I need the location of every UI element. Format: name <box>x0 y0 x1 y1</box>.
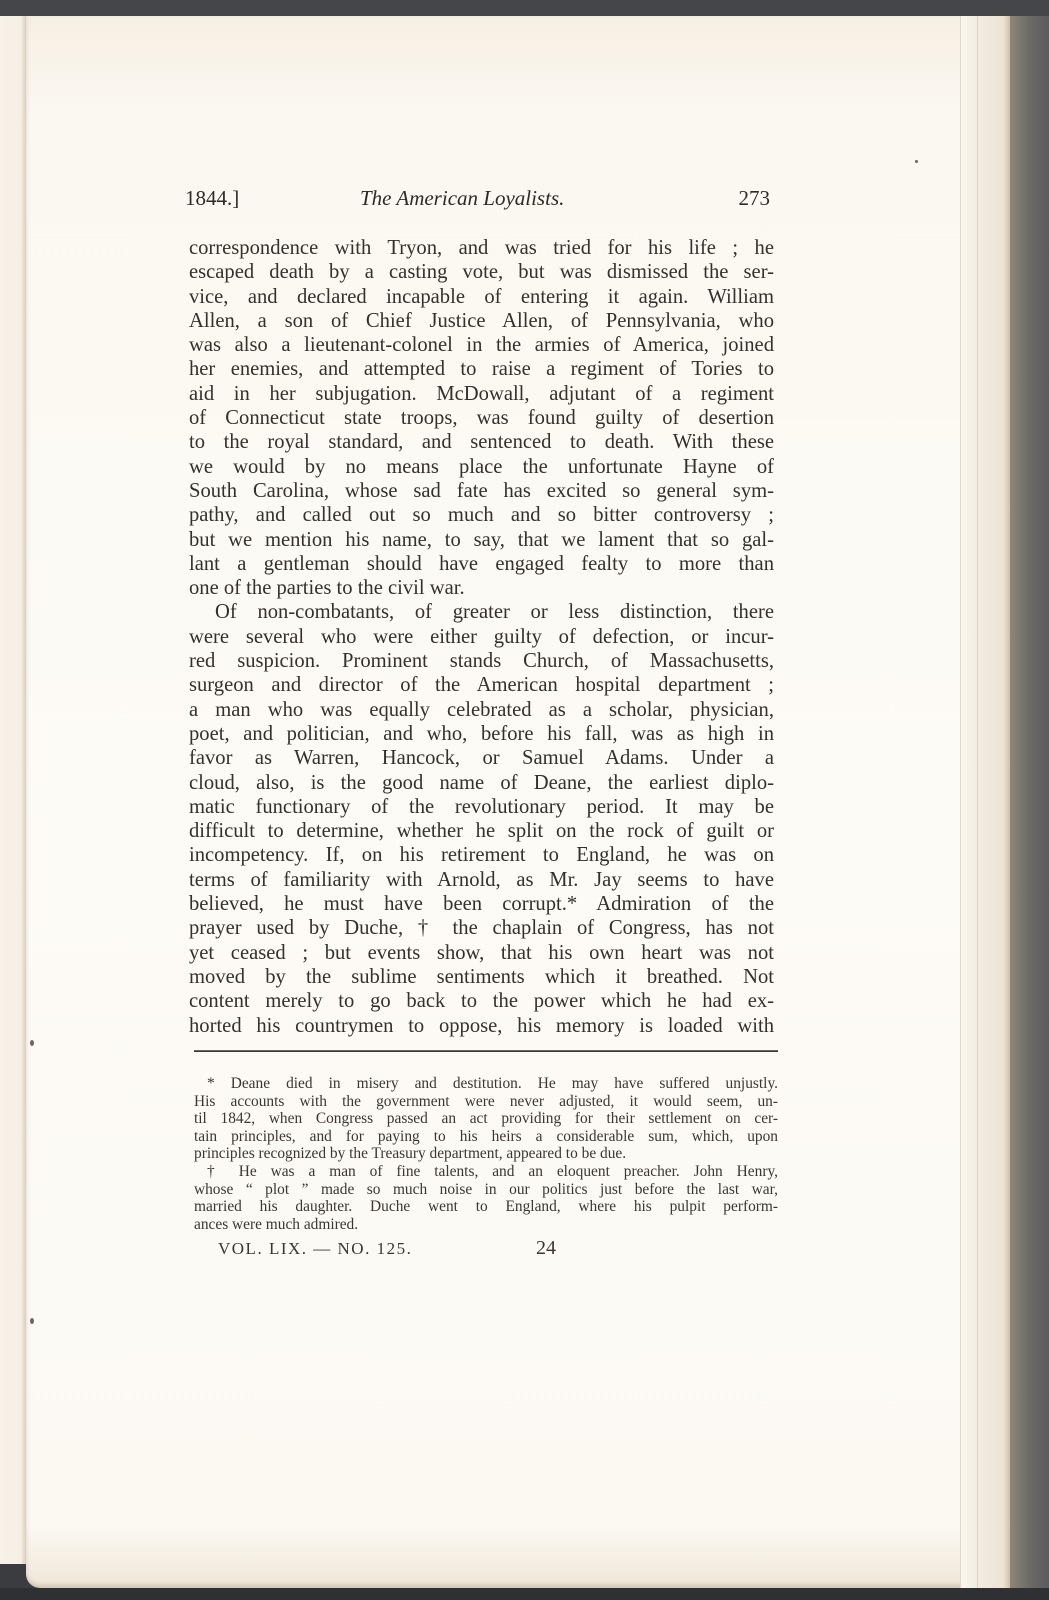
page-number: 273 <box>739 186 771 211</box>
body-line: cloud, also, is the good name of Deane, … <box>189 771 774 795</box>
running-head: 1844.] The American Loyalists. 273 <box>185 186 770 216</box>
body-line: surgeon and director of the American hos… <box>189 673 774 697</box>
scanner-right-shadow <box>1010 16 1049 1600</box>
body-line: believed, he must have been corrupt.* Ad… <box>189 892 774 916</box>
body-line: moved by the sublime sentiments which it… <box>189 965 774 989</box>
running-head-title: The American Loyalists. <box>360 186 564 211</box>
paper-speck <box>30 1318 34 1324</box>
paper-speck <box>30 1040 34 1046</box>
footnote-line: His accounts with the government were ne… <box>194 1093 778 1111</box>
page-fore-edge <box>960 16 1011 1588</box>
body-line: one of the parties to the civil war. <box>189 576 774 600</box>
body-line: favor as Warren, Hancock, or Samuel Adam… <box>189 746 774 770</box>
scanner-bottom-border <box>0 1588 1049 1600</box>
paragraph-start-line: Of non-combatants, of greater or less di… <box>189 600 774 624</box>
body-line: Allen, a son of Chief Justice Allen, of … <box>189 309 774 333</box>
body-line: poet, and politician, and who, before hi… <box>189 722 774 746</box>
footnote-line: ances were much admired. <box>194 1216 778 1234</box>
body-line: horted his countrymen to oppose, his mem… <box>189 1014 774 1038</box>
paper-speck <box>915 160 918 163</box>
footnote-rule <box>194 1050 778 1052</box>
body-line: matic functionary of the revolutionary p… <box>189 795 774 819</box>
body-line: pathy, and called out so much and so bit… <box>189 503 774 527</box>
body-line: was also a lieutenant-colonel in the arm… <box>189 333 774 357</box>
body-line: red suspicion. Prominent stands Church, … <box>189 649 774 673</box>
footnote-line: tain principles, and for paying to his h… <box>194 1128 778 1146</box>
body-text: correspondence with Tryon, and was tried… <box>189 236 774 1038</box>
body-line: aid in her subjugation. McDowall, adjuta… <box>189 382 774 406</box>
running-head-year: 1844.] <box>185 186 239 211</box>
body-line: her enemies, and attempted to raise a re… <box>189 357 774 381</box>
footnote-line: married his daughter. Duche went to Engl… <box>194 1198 778 1216</box>
signature-mark: 24 <box>536 1237 556 1260</box>
body-line: vice, and declared incapable of entering… <box>189 285 774 309</box>
body-line: were several who were either guilty of d… <box>189 625 774 649</box>
body-line: to the royal standard, and sentenced to … <box>189 430 774 454</box>
body-line: content merely to go back to the power w… <box>189 989 774 1013</box>
signature-line: VOL. LIX. — NO. 125. 24 <box>218 1237 618 1261</box>
body-line: terms of familiarity with Arnold, as Mr.… <box>189 868 774 892</box>
body-line: incompetency. If, on his retirement to E… <box>189 843 774 867</box>
footnote-line: whose “ plot ” made so much noise in our… <box>194 1181 778 1199</box>
footnote-line: * Deane died in misery and destitution. … <box>194 1075 778 1093</box>
body-line: yet ceased ; but events show, that his o… <box>189 941 774 965</box>
body-line: of Connecticut state troops, was found g… <box>189 406 774 430</box>
footnotes: * Deane died in misery and destitution. … <box>194 1075 778 1233</box>
footnote-line: til 1842, when Congress passed an act pr… <box>194 1110 778 1128</box>
body-line: but we mention his name, to say, that we… <box>189 528 774 552</box>
volume-number: VOL. LIX. — NO. 125. <box>218 1239 412 1259</box>
previous-page-edge <box>0 16 28 1564</box>
scanner-top-border <box>0 0 1049 16</box>
footnote-line: † He was a man of fine talents, and an e… <box>194 1163 778 1181</box>
body-line: we would by no means place the unfortuna… <box>189 455 774 479</box>
body-line: correspondence with Tryon, and was tried… <box>189 236 774 260</box>
body-line: difficult to determine, whether he split… <box>189 819 774 843</box>
body-line: South Carolina, whose sad fate has excit… <box>189 479 774 503</box>
body-line: escaped death by a casting vote, but was… <box>189 260 774 284</box>
body-line: lant a gentleman should have engaged fea… <box>189 552 774 576</box>
body-line: prayer used by Duche, † the chaplain of … <box>189 916 774 940</box>
body-line: a man who was equally celebrated as a sc… <box>189 698 774 722</box>
footnote-line: principles recognized by the Treasury de… <box>194 1145 778 1163</box>
